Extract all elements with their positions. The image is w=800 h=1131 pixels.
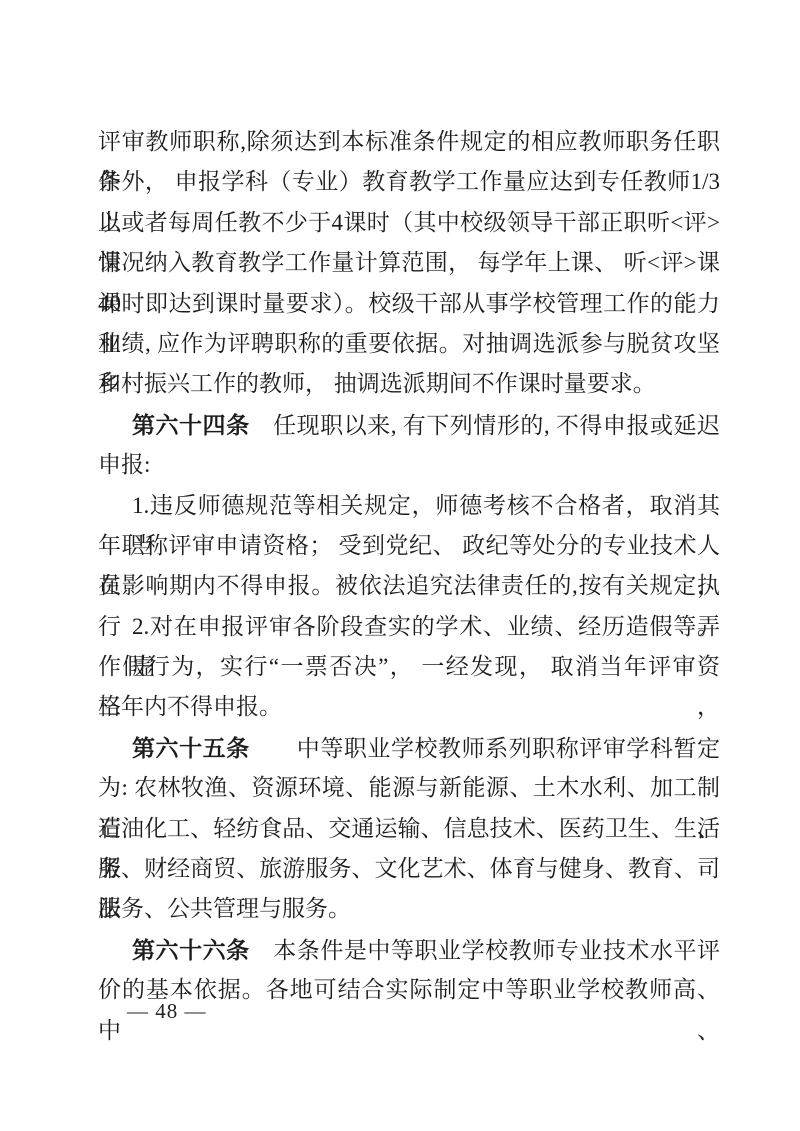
text-line: 件外， 申报学科（专业）教育教学工作量应达到专任教师1/3以 bbox=[98, 162, 720, 202]
text-line: 上或者每周任教不少于4课时（其中校级领导干部正职听<评>课 bbox=[98, 203, 720, 243]
article-heading-line: 第六十六条 本条件是中等职业学校教师专业技术水平评 bbox=[98, 930, 720, 970]
text-line: 石油化工、轻纺食品、交通运输、信息技术、医药卫生、生活服 bbox=[98, 809, 720, 849]
page-number: — 48 — bbox=[127, 998, 207, 1024]
text-line: 情况纳入教育教学工作量计算范围， 每学年上课、 听<评>课40 bbox=[98, 243, 720, 283]
document-page: 评审教师职称,除须达到本标准条件规定的相应教师职务任职条 件外， 申报学科（专业… bbox=[0, 0, 800, 1131]
text-line: 课时即达到课时量要求）。校级干部从事学校管理工作的能力和 bbox=[98, 284, 720, 324]
article-heading-line: 第六十五条 中等职业学校教师系列职称评审学科暂定 bbox=[98, 728, 720, 768]
text-line: 为: 农林牧渔、资源环境、能源与新能源、土木水利、加工制造、 bbox=[98, 768, 720, 808]
text-line: 评审教师职称,除须达到本标准条件规定的相应教师职务任职条 bbox=[98, 122, 720, 162]
article-heading-rest: 本条件是中等职业学校教师专业技术水平评 bbox=[250, 938, 720, 963]
text-line: 乡村振兴工作的教师， 抽调选派期间不作课时量要求。 bbox=[98, 364, 720, 404]
article-heading-line: 第六十四条 任现职以来, 有下列情形的, 不得申报或延迟 bbox=[98, 405, 720, 445]
text-line: 务、财经商贸、旅游服务、文化艺术、体育与健身、教育、司法 bbox=[98, 849, 720, 889]
article-heading-rest: 中等职业学校教师系列职称评审学科暂定 bbox=[250, 736, 720, 761]
paragraph-item-2: 2.对在申报评审各阶段查实的学术、业绩、经历造假等弄虚 作假行为，实行“一票否决… bbox=[98, 607, 720, 728]
article-number-64: 第六十四条 bbox=[132, 412, 250, 438]
text-line: 业绩, 应作为评聘职称的重要依据。对抽调选派参与脱贫攻坚和 bbox=[98, 324, 720, 364]
text-line: 在影响期内不得申报。被依法追究法律责任的,按有关规定执行。 bbox=[98, 566, 720, 606]
paragraph-article-65: 第六十五条 中等职业学校教师系列职称评审学科暂定 为: 农林牧渔、资源环境、能源… bbox=[98, 728, 720, 930]
document-text-block: 评审教师职称,除须达到本标准条件规定的相应教师职务任职条 件外， 申报学科（专业… bbox=[98, 122, 720, 1011]
article-number-66: 第六十六条 bbox=[132, 937, 250, 963]
text-line: 年职称评审申请资格； 受到党纪、 政纪等处分的专业技术人员， bbox=[98, 526, 720, 566]
paragraph-item-1: 1.违反师德规范等相关规定，师德考核不合格者，取消其当 年职称评审申请资格； 受… bbox=[98, 486, 720, 607]
text-line: 服务、公共管理与服务。 bbox=[98, 889, 720, 929]
text-line: 申报: bbox=[98, 445, 720, 485]
article-heading-rest: 任现职以来, 有下列情形的, 不得申报或延迟 bbox=[250, 413, 720, 438]
article-number-65: 第六十五条 bbox=[132, 735, 250, 761]
text-line: 1.违反师德规范等相关规定，师德考核不合格者，取消其当 bbox=[98, 486, 720, 526]
paragraph-continuation: 评审教师职称,除须达到本标准条件规定的相应教师职务任职条 件外， 申报学科（专业… bbox=[98, 122, 720, 405]
text-line: 2.对在申报评审各阶段查实的学术、业绩、经历造假等弄虚 bbox=[98, 607, 720, 647]
paragraph-article-64: 第六十四条 任现职以来, 有下列情形的, 不得申报或延迟 申报: bbox=[98, 405, 720, 486]
text-line: 作假行为，实行“一票否决”， 一经发现， 取消当年评审资格， bbox=[98, 647, 720, 687]
